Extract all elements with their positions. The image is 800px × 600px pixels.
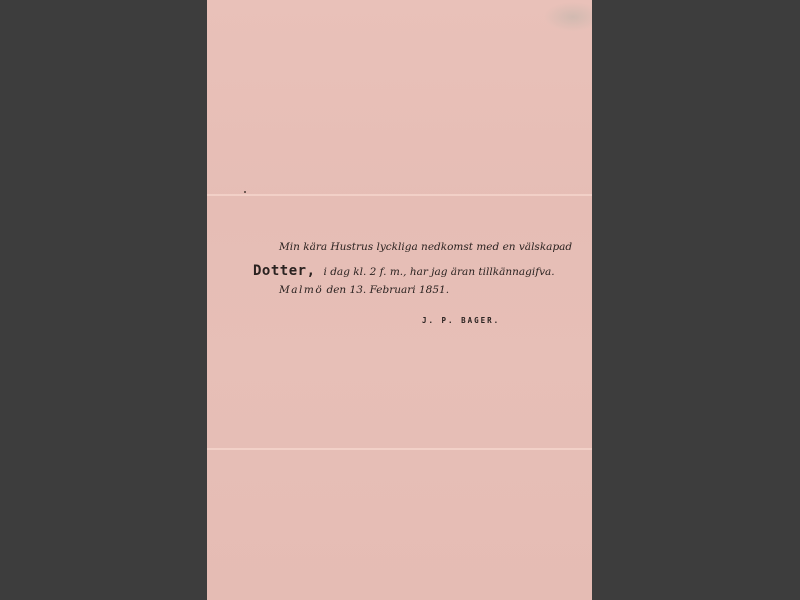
fold-line: [207, 448, 592, 450]
date-text: den 13. Februari 1851.: [327, 284, 450, 296]
fold-line: [207, 194, 592, 196]
signature: J. P. BAGER.: [422, 316, 500, 325]
place-name: Malmö: [279, 284, 323, 296]
announcement-line-2-rest: i dag kl. 2 f. m., har jag äran tillkänn…: [324, 266, 555, 278]
daughter-word: Dotter,: [253, 263, 316, 279]
announcement-line-1: Min kära Hustrus lyckliga nedkomst med e…: [279, 241, 572, 253]
announcement-paper: [207, 0, 592, 600]
place-date-line: Malmö den 13. Februari 1851.: [279, 284, 449, 296]
paper-stain: [544, 2, 592, 32]
ink-speck: [244, 191, 246, 193]
announcement-line-2: Dotter,i dag kl. 2 f. m., har jag äran t…: [253, 263, 555, 279]
